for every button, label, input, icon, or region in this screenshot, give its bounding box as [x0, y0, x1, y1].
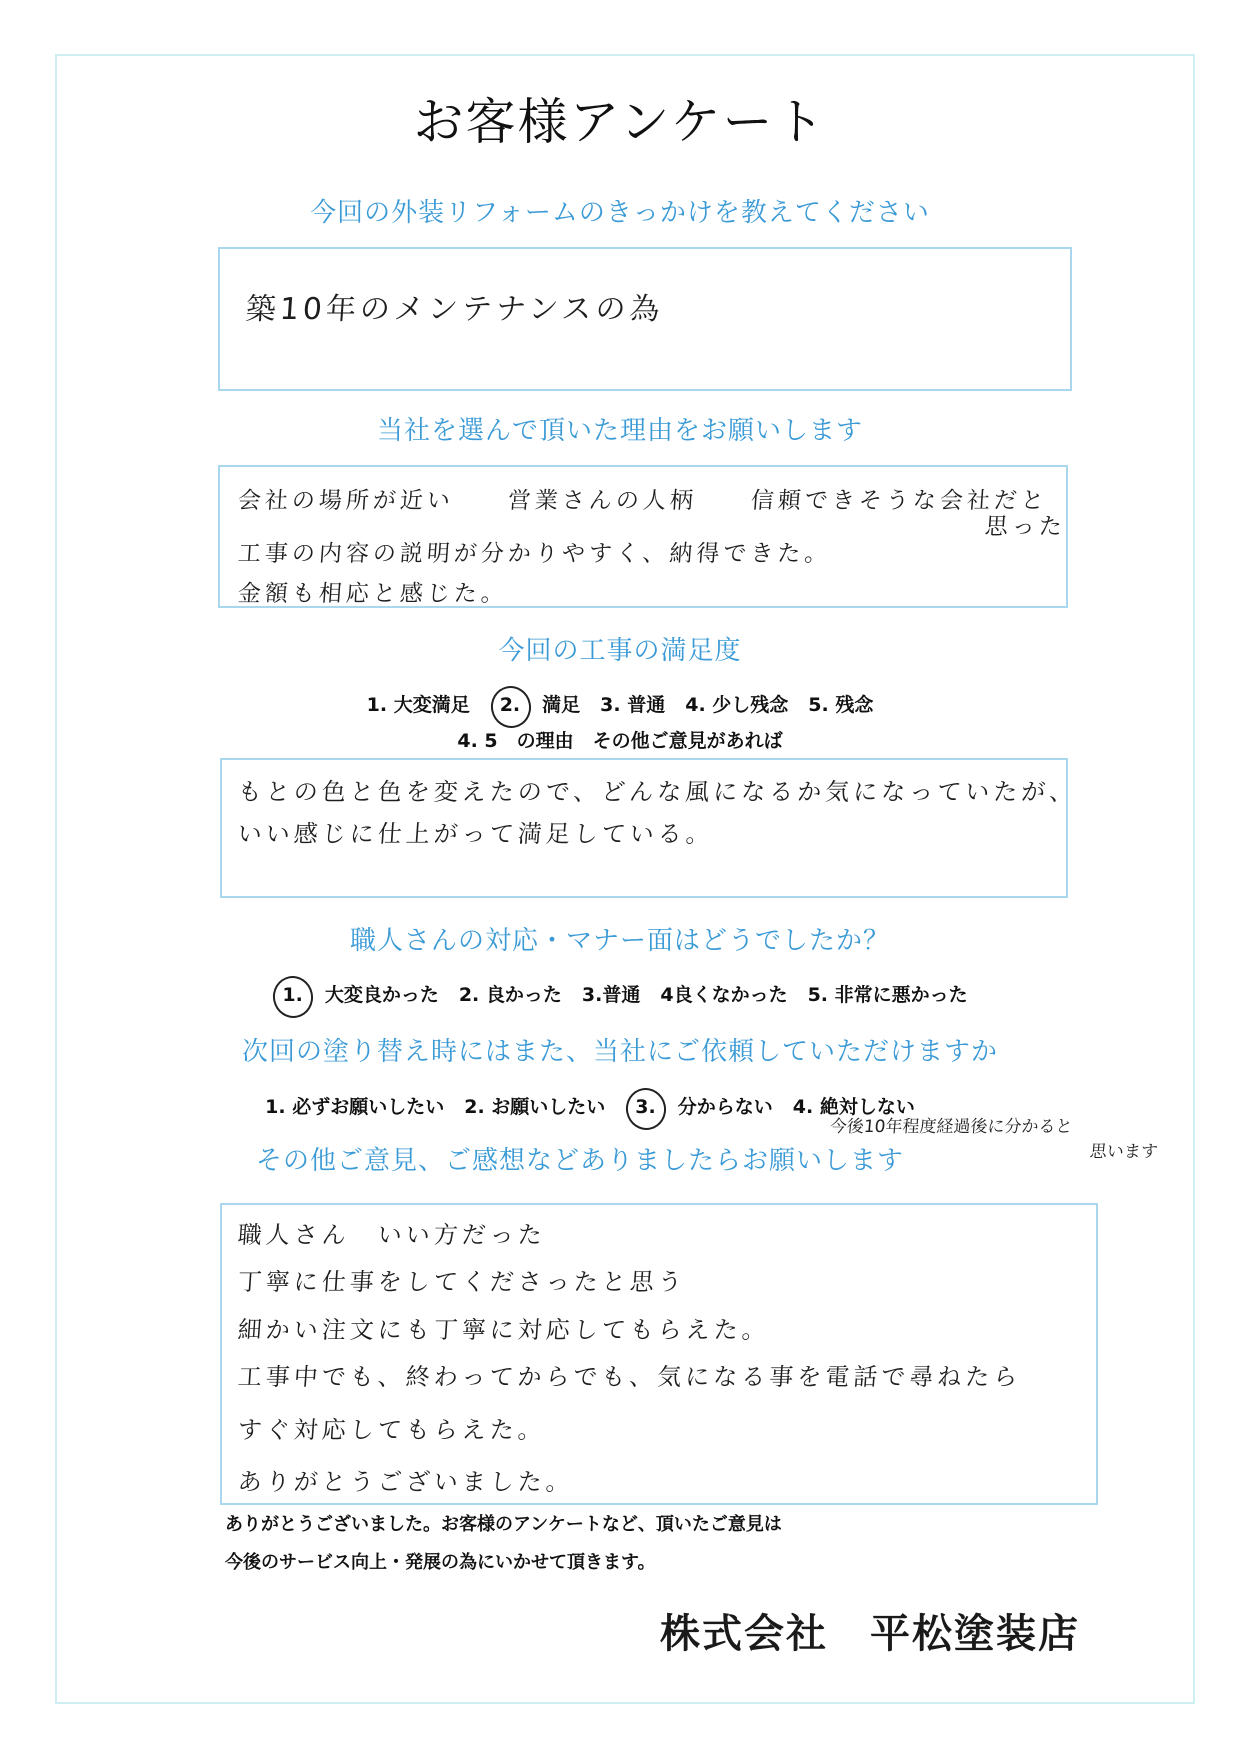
q6-answer-line: 細かい注文にも丁寧に対応してもらえた。 [237, 1310, 771, 1345]
survey-title: お客様アンケート [0, 82, 1240, 154]
q6-answer-line: すぐ対応してもらえた。 [237, 1410, 547, 1445]
q6-answer-line: 丁寧に仕事をしてくださったと思う [237, 1262, 687, 1297]
footer-message: ありがとうございました。お客様のアンケートなど、頂いたご意見は [225, 1510, 782, 1536]
footer-message: 今後のサービス向上・発展の為にいかせて頂きます。 [225, 1548, 656, 1574]
q5-option-3-label: 分からない [678, 1096, 773, 1118]
company-name: 株式会社 平松塗装店 [660, 1602, 1080, 1659]
q2-heading: 当社を選んで頂いた理由をお願いします [0, 410, 1240, 447]
q1-answer-line: 築10年のメンテナンスの為 [244, 284, 665, 328]
q4-options: 1.大変良かった2. 良かった3.普通4良くなかった5. 非常に悪かった [0, 980, 1240, 1007]
q2-answer-line: 工事の内容の説明が分かりやすく、納得できた。 [237, 535, 833, 568]
q4-option-1-label: 大変良かった [325, 984, 439, 1006]
q3-option-4[interactable]: 4. 少し残念 [685, 694, 788, 716]
q2-answer-line: 金額も相応と感じた。 [237, 575, 509, 608]
q4-option-2[interactable]: 2. 良かった [459, 984, 562, 1006]
q5-option-1[interactable]: 1. 必ずお願いしたい [265, 1096, 444, 1118]
q5-option-2[interactable]: 2. お願いしたい [464, 1096, 605, 1118]
q4-option-3[interactable]: 3.普通 [582, 984, 640, 1006]
q3-option-5[interactable]: 5. 残念 [808, 694, 873, 716]
q5-heading: 次回の塗り替え時にはまた、当社にご依頼していただけますか [0, 1031, 1240, 1068]
q3-sub-label: 4. 5 の理由 その他ご意見があれば [0, 726, 1240, 753]
q5-option-3-selected[interactable]: 3. [625, 1096, 665, 1118]
q4-heading: 職人さんの対応・マナー面はどうでしたか？ [0, 920, 1240, 957]
q6-answer-line: 職人さん いい方だった [237, 1215, 547, 1250]
q1-heading: 今回の外装リフォームのきっかけを教えてください [0, 192, 1240, 229]
q6-answer-line: ありがとうございました。 [237, 1462, 575, 1497]
q3-answer-line: もとの色と色を変えたので、どんな風になるか気になっていたが、 [237, 772, 1079, 807]
q2-answer-line: 思った [984, 508, 1067, 541]
q3-options: 1. 大変満足2.満足3. 普通4. 少し残念5. 残念 [0, 690, 1240, 717]
q5-note-line: 今後10年程度経過後に分かると [829, 1112, 1074, 1137]
q3-option-1[interactable]: 1. 大変満足 [367, 694, 470, 716]
q3-option-3[interactable]: 3. 普通 [600, 694, 665, 716]
q3-option-2-selected[interactable]: 2. [490, 694, 530, 716]
q6-heading: その他ご意見、ご感想などありましたらお願いします [0, 1140, 1200, 1177]
q3-heading: 今回の工事の満足度 [0, 630, 1240, 667]
q3-answer-line: いい感じに仕上がって満足している。 [237, 814, 715, 849]
q4-option-1-selected[interactable]: 1. [272, 984, 312, 1006]
q4-option-4[interactable]: 4良くなかった [660, 984, 787, 1006]
q2-answer-line: 会社の場所が近い 営業さんの人柄 信頼できそうな会社だと [237, 482, 1049, 515]
q3-option-2-label: 満足 [542, 694, 580, 716]
q6-answer-line: 工事中でも、終わってからでも、気になる事を電話で尋ねたら [237, 1357, 1023, 1392]
q4-option-5[interactable]: 5. 非常に悪かった [808, 984, 968, 1006]
